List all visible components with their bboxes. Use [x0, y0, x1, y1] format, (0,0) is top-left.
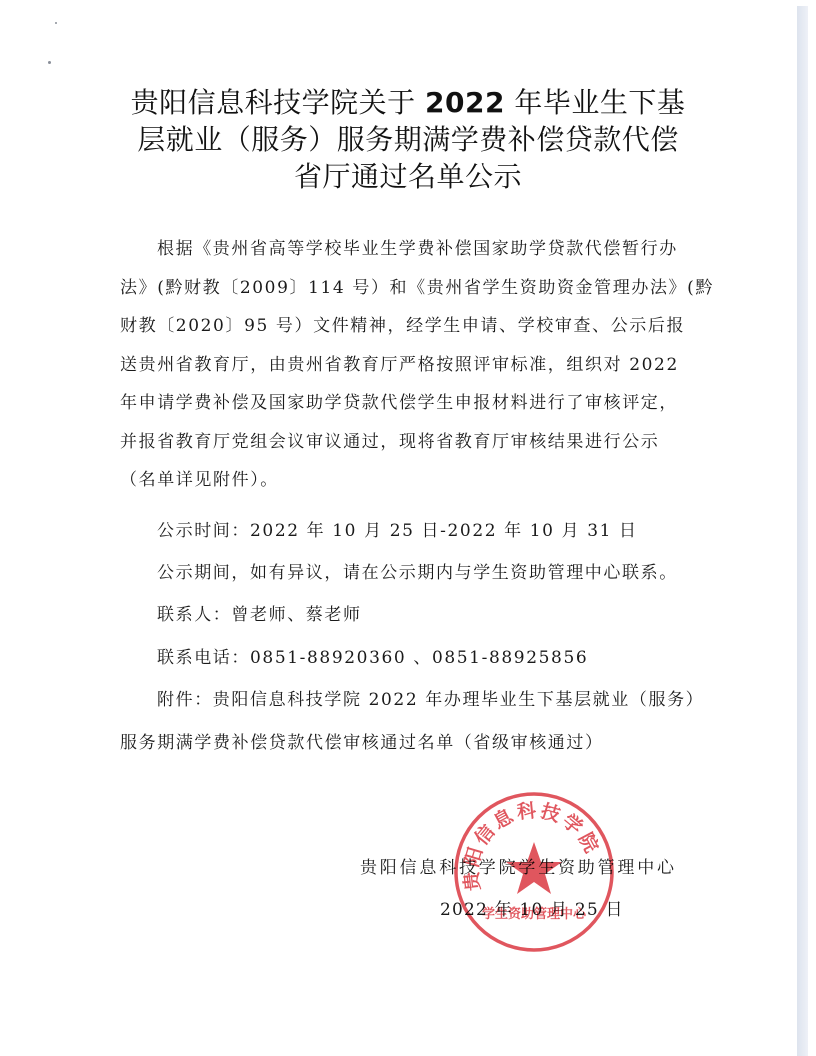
announcement-period: 公示时间：2022 年 10 月 25 日-2022 年 10 月 31 日: [157, 519, 638, 543]
paragraph-line: 年申请学费补偿及国家助学贷款代偿学生申报材料进行了审核评定，: [120, 384, 694, 423]
paragraph-line: （名单详见附件）。: [120, 461, 694, 500]
attachment-line-1: 附件：贵阳信息科技学院 2022 年办理毕业生下基层就业（服务）: [157, 688, 704, 712]
paragraph-line: 送贵州省教育厅，由贵州省教育厅严格按照评审标准，组织对 2022: [120, 346, 694, 385]
title-line-3: 省厅通过名单公示: [100, 158, 716, 195]
scan-edge-strip: [797, 6, 808, 1056]
paragraph-line: 根据《贵州省高等学校毕业生学费补偿国家助学贷款代偿暂行办: [120, 230, 694, 269]
contact-person: 联系人：曾老师、蔡老师: [157, 603, 362, 627]
attachment-line-2: 服务期满学费补偿贷款代偿审核通过名单（省级审核通过）: [120, 731, 604, 755]
paragraph-line: 法》(黔财教〔2009〕114 号）和《贵州省学生资助资金管理办法》(黔: [120, 269, 694, 308]
title-line-1: 贵阳信息科技学院关于 2022 年毕业生下基: [100, 84, 716, 121]
scan-speck: [55, 22, 57, 24]
contact-phone: 联系电话：0851-88920360 、0851-88925856: [157, 646, 588, 670]
announcement-objection: 公示期间，如有异议，请在公示期内与学生资助管理中心联系。: [157, 561, 678, 585]
paragraph-line: 并报省教育厅党组会议审议通过，现将省教育厅审核结果进行公示: [120, 423, 694, 462]
body-paragraph: 根据《贵州省高等学校毕业生学费补偿国家助学贷款代偿暂行办 法》(黔财教〔2009…: [120, 230, 694, 500]
official-seal-icon: 贵阳信息科技学院 学生资助管理中心: [452, 790, 616, 954]
document-title: 贵阳信息科技学院关于 2022 年毕业生下基 层就业（服务）服务期满学费补偿贷款…: [100, 84, 716, 195]
paragraph-line: 财教〔2020〕95 号）文件精神，经学生申请、学校审查、公示后报: [120, 307, 694, 346]
svg-text:学生资助管理中心: 学生资助管理中心: [482, 906, 587, 922]
scan-speck: [48, 61, 51, 64]
title-line-2: 层就业（服务）服务期满学费补偿贷款代偿: [100, 121, 716, 158]
